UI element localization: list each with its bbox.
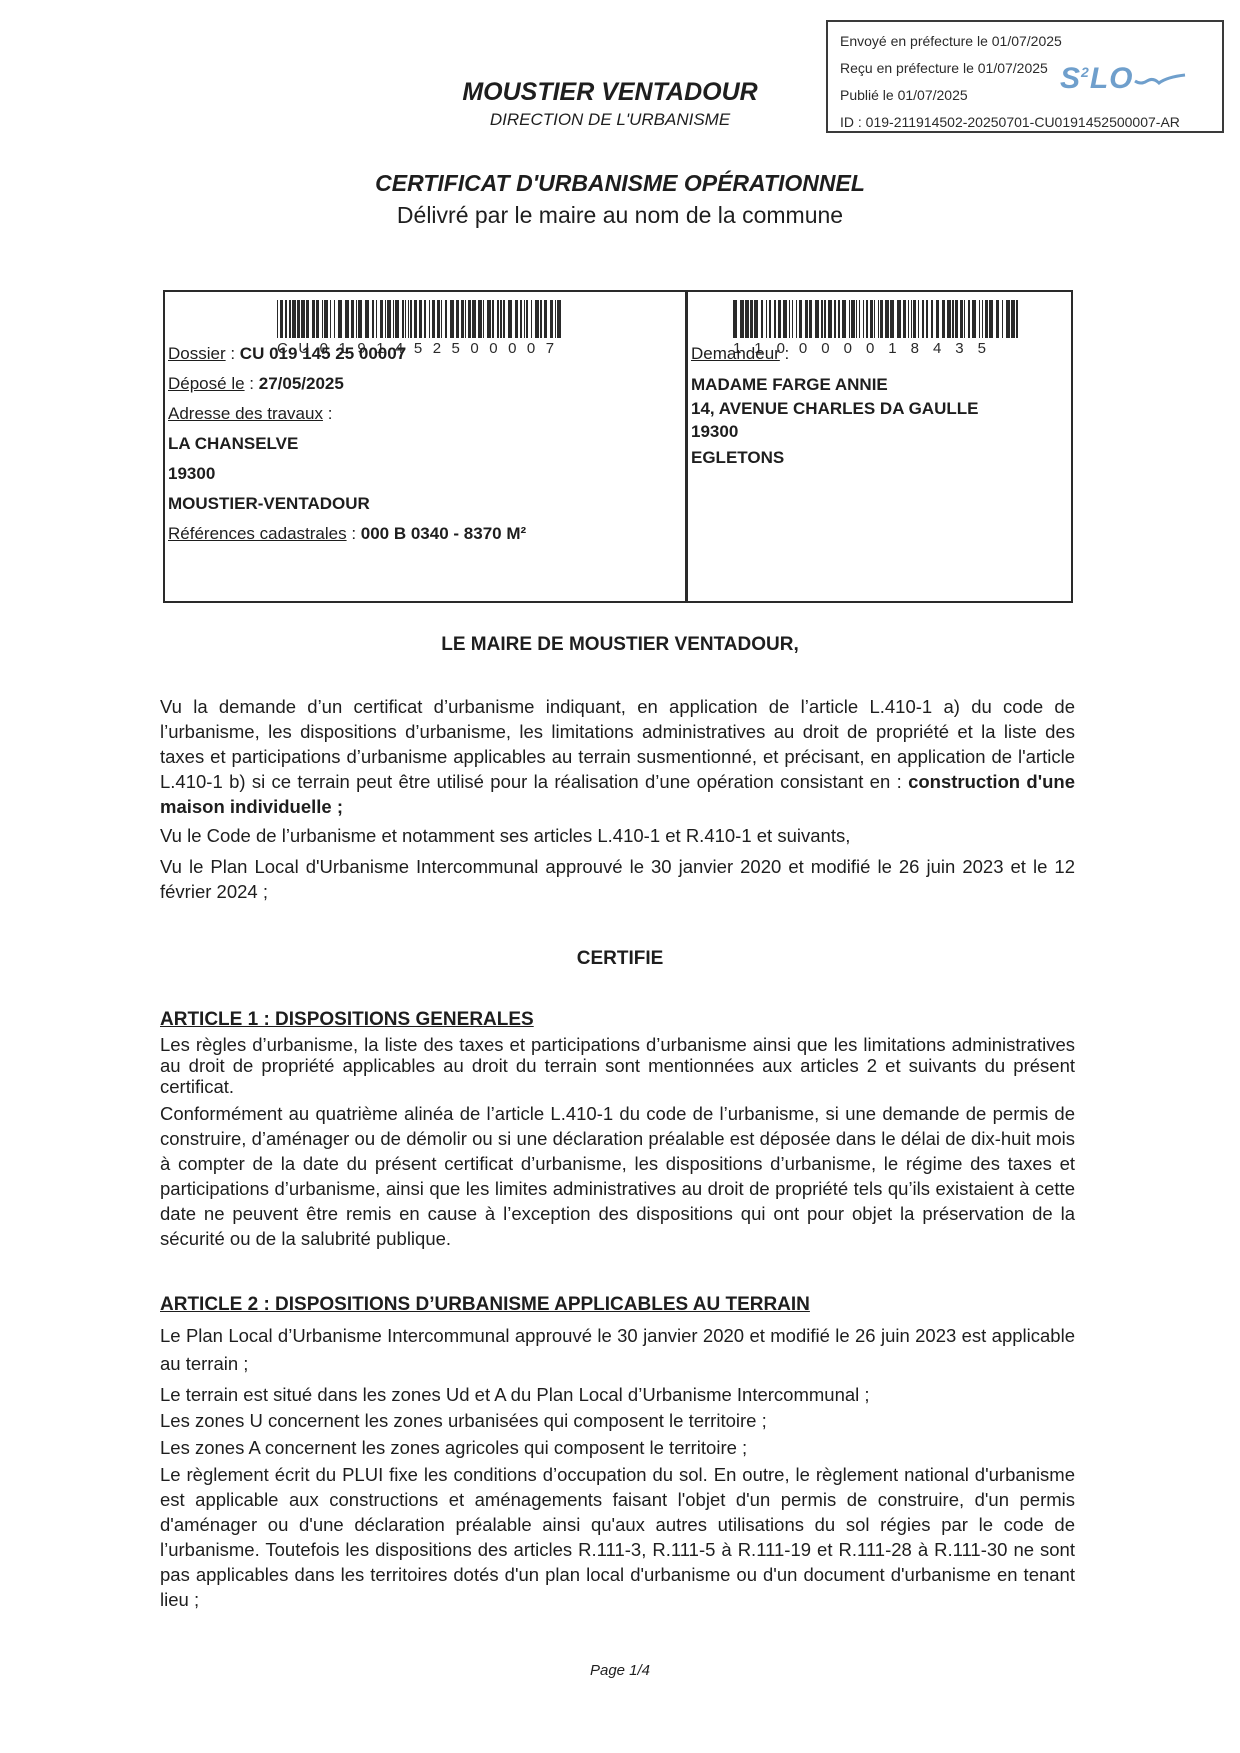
demandeur-line-3: 19300 (691, 421, 978, 443)
demandeur-column: 110000018435 Demandeur : MADAME FARGE AN… (688, 292, 1073, 601)
depose-line: Déposé le : 27/05/2025 (168, 369, 526, 399)
demandeur-label-line: Demandeur : (691, 339, 978, 369)
adresse-label: Adresse des travaux (168, 404, 323, 423)
demandeur-line-1: MADAME FARGE ANNIE (691, 373, 978, 397)
demandeur-line-2: 14, AVENUE CHARLES DA GAULLE (691, 397, 978, 421)
stamp-sent: Envoyé en préfecture le 01/07/2025 (840, 28, 1222, 55)
cadastre-line: Références cadastrales : 000 B 0340 - 83… (168, 519, 526, 549)
adresse-line-1: LA CHANSELVE (168, 429, 526, 459)
cadastre-value: 000 B 0340 - 8370 M² (361, 524, 526, 543)
article-2-p2: Le terrain est situé dans les zones Ud e… (160, 1382, 1075, 1407)
certificate-subtitle: Délivré par le maire au nom de la commun… (0, 202, 1240, 229)
vu-demande-paragraph: Vu la demande d’un certificat d’urbanism… (160, 694, 1075, 819)
commune-name: MOUSTIER VENTADOUR (0, 78, 1240, 107)
dossier-label: Dossier (168, 344, 226, 363)
barcode-bars (733, 300, 1023, 338)
separator: : (226, 344, 240, 363)
dossier-line: Dossier : CU 019 145 25 00007 (168, 339, 526, 369)
article-1-heading: ARTICLE 1 : DISPOSITIONS GENERALES (160, 1009, 534, 1031)
depose-value: 27/05/2025 (259, 374, 344, 393)
separator: : (245, 374, 259, 393)
vu-code-paragraph: Vu le Code de l’urbanisme et notamment s… (160, 823, 1075, 848)
article-2-p4: Les zones A concernent les zones agricol… (160, 1435, 1075, 1460)
article-2-p5: Le règlement écrit du PLUI fixe les cond… (160, 1462, 1075, 1612)
demandeur-line-4: EGLETONS (691, 443, 978, 473)
demandeur-label: Demandeur (691, 344, 780, 363)
separator: : (323, 404, 332, 423)
maire-heading: LE MAIRE DE MOUSTIER VENTADOUR, (0, 634, 1240, 656)
separator: : (780, 344, 789, 363)
article-2-heading: ARTICLE 2 : DISPOSITIONS D’URBANISME APP… (160, 1294, 810, 1316)
page-number: Page 1/4 (0, 1662, 1240, 1679)
dossier-info-box: CU0191452500007 Dossier : CU 019 145 25 … (163, 290, 1073, 603)
article-2-p1: Le Plan Local d’Urbanisme Intercommunal … (160, 1322, 1075, 1378)
article-1-p2: Conformément au quatrième alinéa de l’ar… (160, 1101, 1075, 1251)
barcode-bars (277, 300, 567, 338)
depose-label: Déposé le (168, 374, 245, 393)
dossier-details: Dossier : CU 019 145 25 00007 Déposé le … (168, 339, 526, 549)
vu-plui-paragraph: Vu le Plan Local d'Urbanisme Intercommun… (160, 854, 1075, 904)
adresse-line-3: MOUSTIER-VENTADOUR (168, 489, 526, 519)
article-1-p1: Les règles d’urbanisme, la liste des tax… (160, 1034, 1075, 1097)
demandeur-details: Demandeur : MADAME FARGE ANNIE 14, AVENU… (691, 339, 978, 473)
certificate-title: CERTIFICAT D'URBANISME OPÉRATIONNEL (0, 170, 1240, 197)
dossier-value: CU 019 145 25 00007 (240, 344, 406, 363)
dossier-column: CU0191452500007 Dossier : CU 019 145 25 … (165, 292, 685, 601)
cadastre-label: Références cadastrales (168, 524, 347, 543)
certifie-heading: CERTIFIE (0, 948, 1240, 970)
article-2-p3: Les zones U concernent les zones urbanis… (160, 1408, 1075, 1433)
separator: : (347, 524, 361, 543)
department-name: DIRECTION DE L'URBANISME (0, 110, 1240, 130)
adresse-line: Adresse des travaux : (168, 399, 526, 429)
adresse-line-2: 19300 (168, 459, 526, 489)
